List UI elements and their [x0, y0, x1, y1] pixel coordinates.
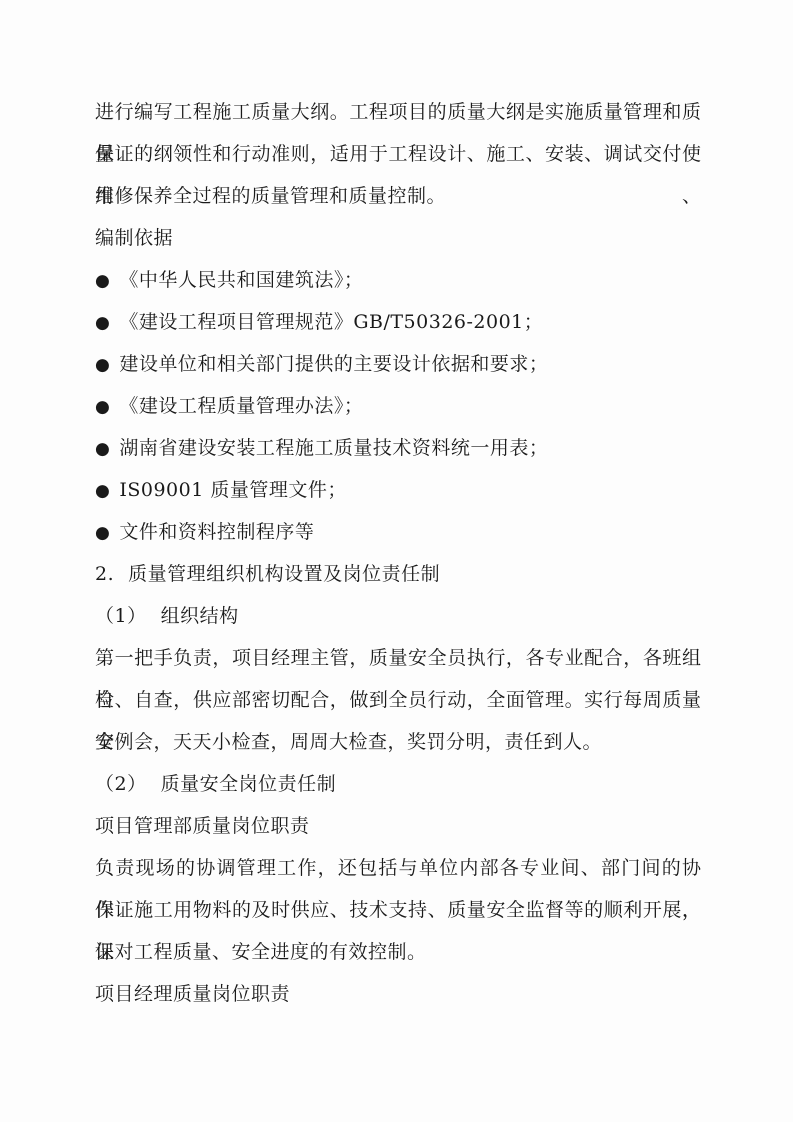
- bullet-item-text: 文件和资料控制程序等: [119, 521, 314, 543]
- bullet-item: ●IS09001 质量管理文件；: [95, 469, 701, 511]
- org-structure-line-3: 全例会，天天小检查，周周大检查，奖罚分明，责任到人。: [95, 721, 701, 763]
- list-bullet-icon: ●: [95, 470, 110, 512]
- list-bullet-icon: ●: [95, 344, 110, 386]
- subsection-title: 组织结构: [161, 595, 239, 637]
- bullet-item-text: 建设单位和相关部门提供的主要设计依据和要求；: [119, 353, 548, 375]
- duty-line-3: 证对工程质量、安全进度的有效控制。: [95, 931, 701, 973]
- section-number: 2.: [95, 553, 114, 595]
- role-1-heading: 项目管理部质量岗位职责: [95, 805, 701, 847]
- role-2-heading: 项目经理质量岗位职责: [95, 973, 701, 1015]
- subsection-2-heading: （2）质量安全岗位责任制: [95, 763, 701, 805]
- bullet-item: ●湖南省建设安装工程施工质量技术资料统一用表；: [95, 427, 701, 469]
- bullet-item-text: 《建设工程质量管理办法》；: [119, 395, 363, 417]
- section-title: 质量管理组织机构设置及岗位责任制: [128, 553, 440, 595]
- org-structure-line-1: 第一把手负责，项目经理主管，质量安全员执行，各专业配合，各班组自: [95, 637, 701, 679]
- bullet-item: ●文件和资料控制程序等: [95, 511, 701, 553]
- subsection-1-heading: （1）组织结构: [95, 595, 701, 637]
- list-bullet-icon: ●: [95, 386, 110, 428]
- bullet-item: ●《中华人民共和国建筑法》；: [95, 259, 701, 301]
- basis-heading: 编制依据: [95, 217, 701, 259]
- bullet-item: ●《建设工程项目管理规范》GB/T50326-2001；: [95, 301, 701, 343]
- intro-line-1: 进行编写工程施工质量大纲。工程项目的质量大纲是实施质量管理和质量: [95, 91, 701, 133]
- subsection-number: （1）: [95, 595, 147, 637]
- bullet-item: ●《建设工程质量管理办法》；: [95, 385, 701, 427]
- bullet-item: ●建设单位和相关部门提供的主要设计依据和要求；: [95, 343, 701, 385]
- list-bullet-icon: ●: [95, 512, 110, 554]
- intro-line-2: 保证的纲领性和行动准则，适用于工程设计、施工、安装、调试交付使用、: [95, 133, 701, 175]
- bullet-item-text: 《建设工程项目管理规范》GB/T50326-2001；: [119, 311, 543, 333]
- subsection-title: 质量安全岗位责任制: [161, 763, 337, 805]
- bullet-item-text: 湖南省建设安装工程施工质量技术资料统一用表；: [119, 437, 548, 459]
- duty-line-2: 保证施工用物料的及时供应、技术支持、质量安全监督等的顺利开展，保: [95, 889, 701, 931]
- bullet-item-text: 《中华人民共和国建筑法》；: [119, 269, 363, 291]
- bullet-item-text: IS09001 质量管理文件；: [119, 479, 347, 501]
- subsection-number: （2）: [95, 763, 147, 805]
- list-bullet-icon: ●: [95, 260, 110, 302]
- page-content: 进行编写工程施工质量大纲。工程项目的质量大纲是实施质量管理和质量 保证的纲领性和…: [95, 91, 701, 1015]
- list-bullet-icon: ●: [95, 428, 110, 470]
- section-2-heading: 2.质量管理组织机构设置及岗位责任制: [95, 553, 701, 595]
- org-structure-line-2: 检、自查，供应部密切配合，做到全员行动，全面管理。实行每周质量安: [95, 679, 701, 721]
- document-page: 进行编写工程施工质量大纲。工程项目的质量大纲是实施质量管理和质量 保证的纲领性和…: [0, 0, 793, 1122]
- list-bullet-icon: ●: [95, 302, 110, 344]
- duty-line-1: 负责现场的协调管理工作，还包括与单位内部各专业间、部门间的协作，: [95, 847, 701, 889]
